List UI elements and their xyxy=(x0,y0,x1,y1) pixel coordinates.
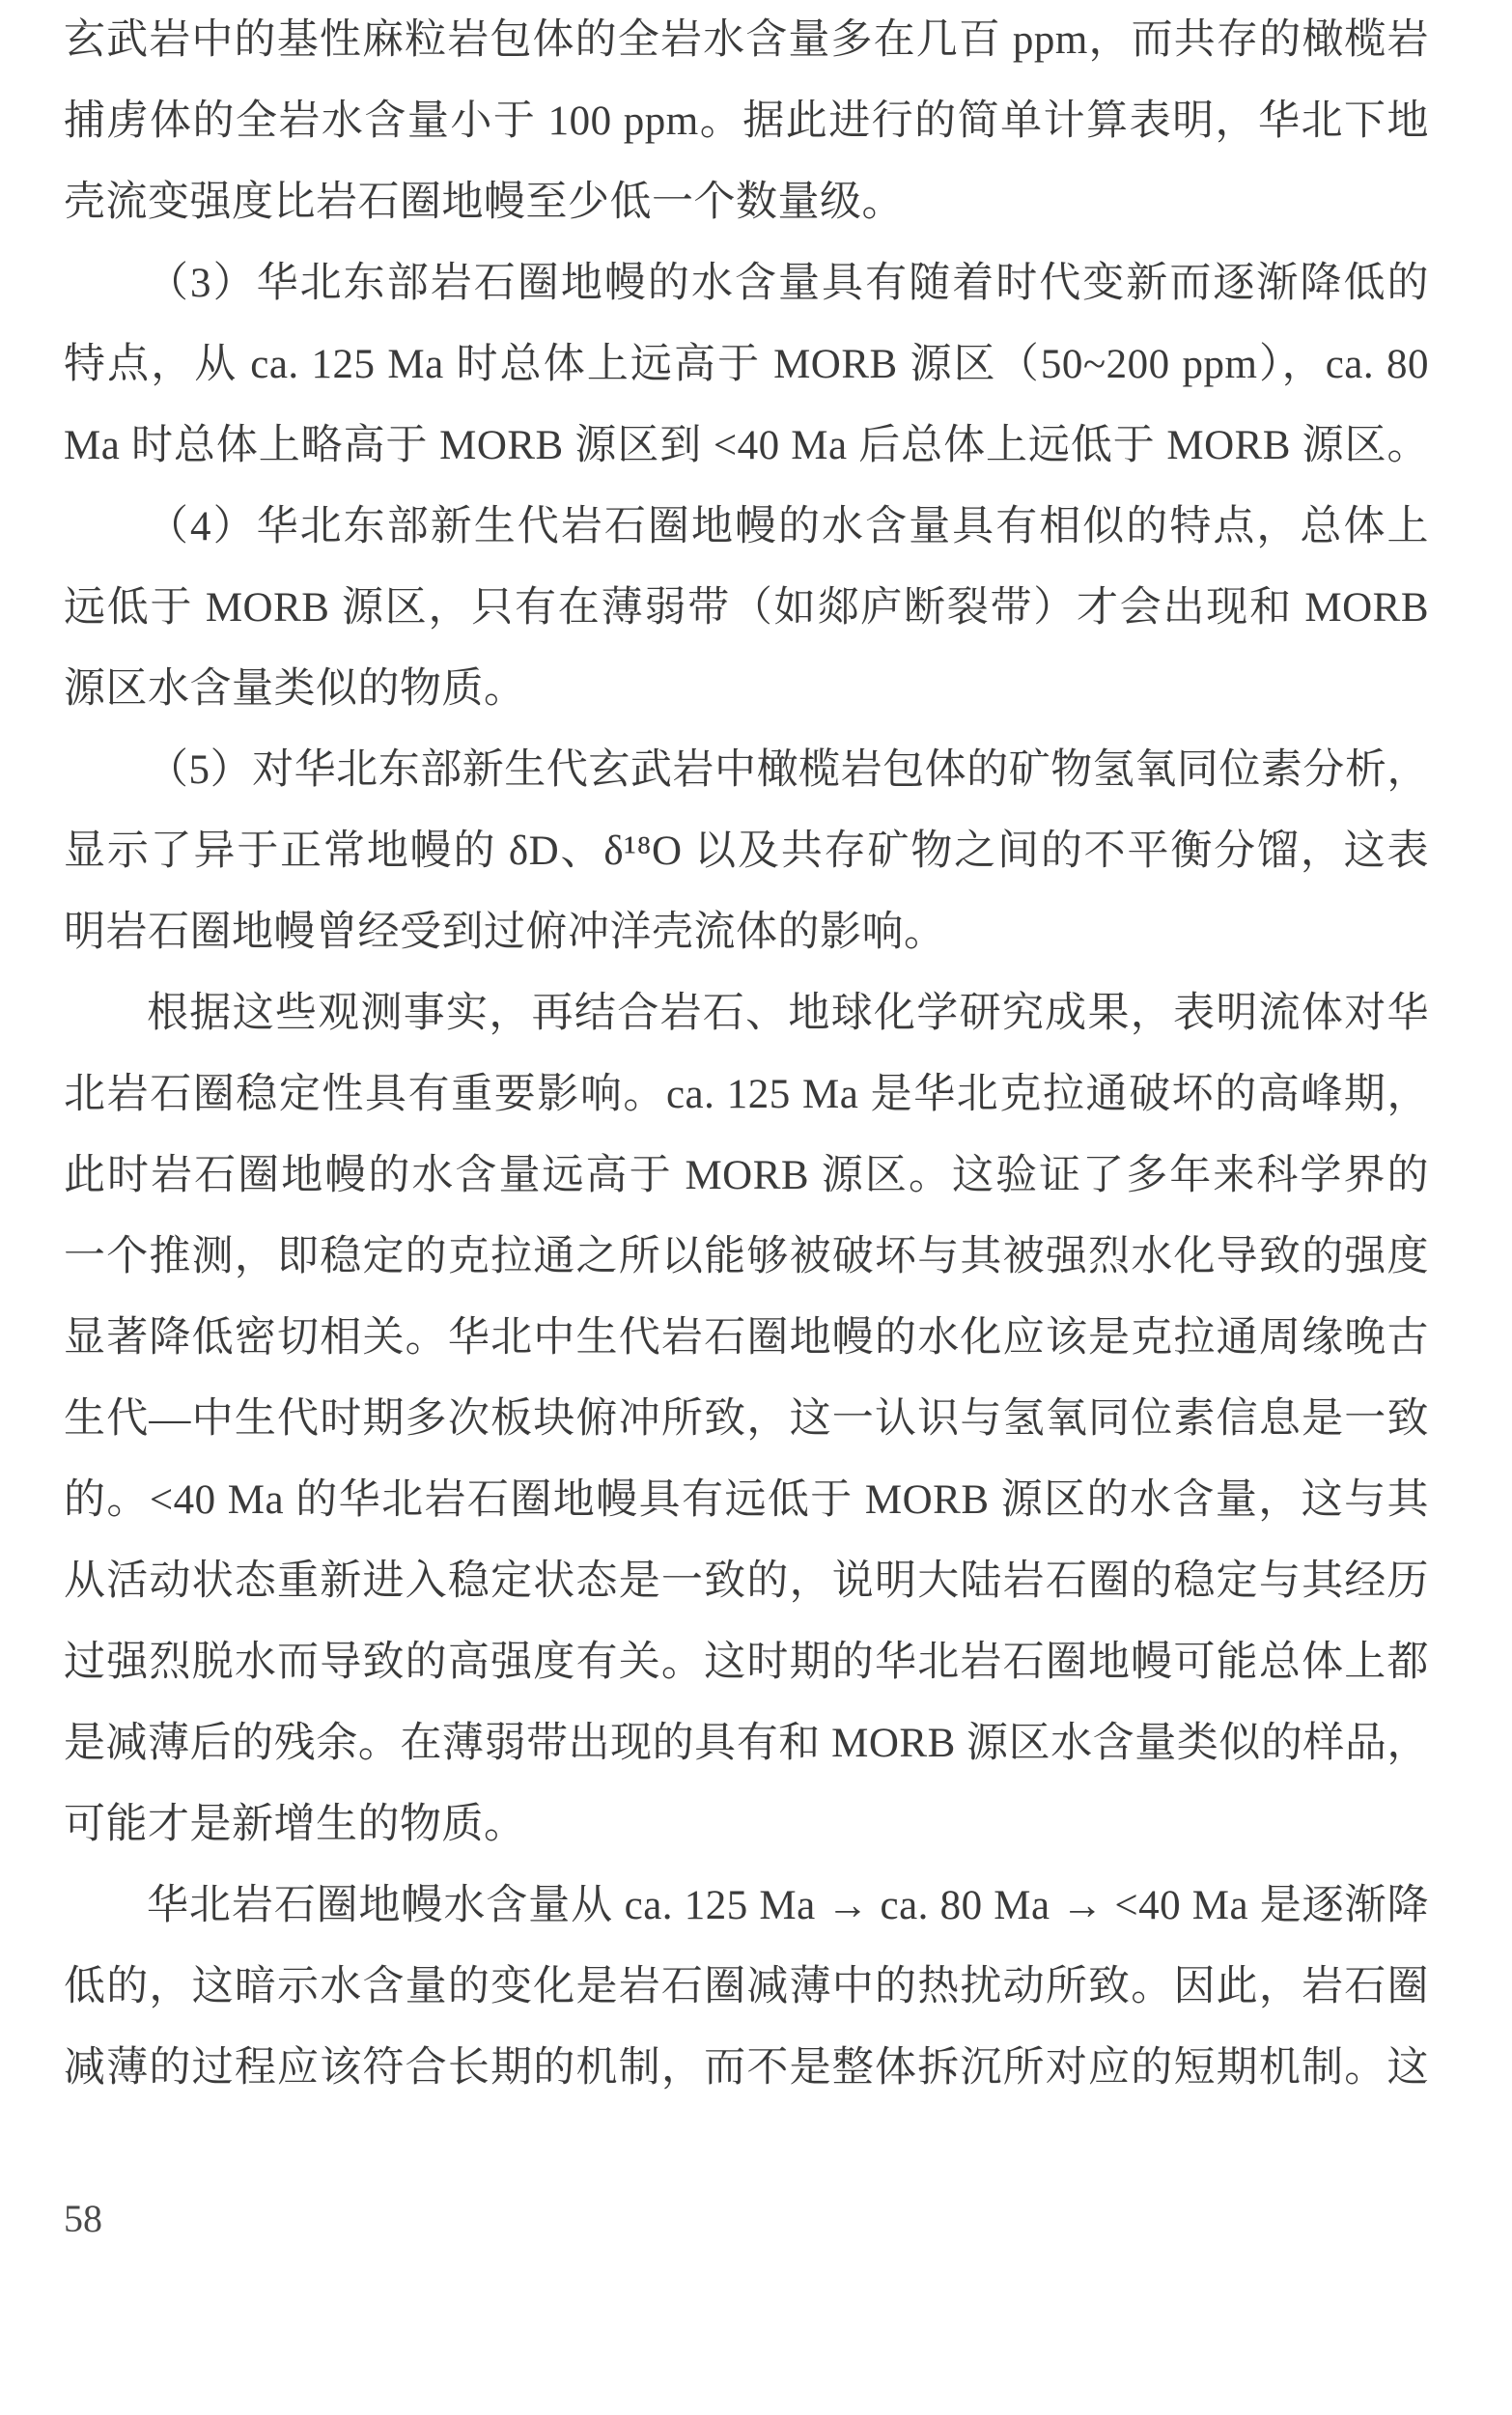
text-line: 明岩石圈地幔曾经受到过俯冲洋壳流体的影响。 xyxy=(64,892,1429,973)
text-line: 减薄的过程应该符合长期的机制，而不是整体拆沉所对应的短期机制。这 xyxy=(64,2028,1429,2109)
text-line: 的。<40 Ma 的华北岩石圈地幔具有远低于 MORB 源区的水含量，这与其 xyxy=(64,1460,1429,1541)
text-line: 显示了异于正常地幔的 δD、δ¹⁸O 以及共存矿物之间的不平衡分馏，这表 xyxy=(64,811,1429,892)
text-line: 一个推测，即稳定的克拉通之所以能够被破坏与其被强烈水化导致的强度 xyxy=(64,1217,1429,1298)
paragraph: （3）华北东部岩石圈地幔的水含量具有随着时代变新而逐渐降低的 特点，从 ca. … xyxy=(64,243,1429,487)
text-line: 过强烈脱水而导致的高强度有关。这时期的华北岩石圈地幔可能总体上都 xyxy=(64,1622,1429,1703)
text-line: （3）华北东部岩石圈地幔的水含量具有随着时代变新而逐渐降低的 xyxy=(64,243,1429,324)
text-line: 特点，从 ca. 125 Ma 时总体上远高于 MORB 源区（50~200 p… xyxy=(64,324,1429,406)
text-line: Ma 时总体上略高于 MORB 源区到 <40 Ma 后总体上远低于 MORB … xyxy=(64,406,1429,487)
text-line: （5）对华北东部新生代玄武岩中橄榄岩包体的矿物氢氧同位素分析， xyxy=(64,730,1429,811)
text-line: 玄武岩中的基性麻粒岩包体的全岩水含量多在几百 ppm，而共存的橄榄岩 xyxy=(64,0,1429,81)
paragraph: （4）华北东部新生代岩石圈地幔的水含量具有相似的特点，总体上 远低于 MORB … xyxy=(64,487,1429,730)
text-line: 北岩石圈稳定性具有重要影响。ca. 125 Ma 是华北克拉通破坏的高峰期， xyxy=(64,1054,1429,1136)
text-line: 壳流变强度比岩石圈地幔至少低一个数量级。 xyxy=(64,162,1429,243)
text-line: 显著降低密切相关。华北中生代岩石圈地幔的水化应该是克拉通周缘晚古 xyxy=(64,1298,1429,1379)
text-line: 可能才是新增生的物质。 xyxy=(64,1784,1429,1866)
paragraph: 玄武岩中的基性麻粒岩包体的全岩水含量多在几百 ppm，而共存的橄榄岩 捕虏体的全… xyxy=(64,0,1429,243)
paragraph: 根据这些观测事实，再结合岩石、地球化学研究成果，表明流体对华 北岩石圈稳定性具有… xyxy=(64,973,1429,1866)
document-body: 玄武岩中的基性麻粒岩包体的全岩水含量多在几百 ppm，而共存的橄榄岩 捕虏体的全… xyxy=(64,0,1429,2109)
text-line: （4）华北东部新生代岩石圈地幔的水含量具有相似的特点，总体上 xyxy=(64,487,1429,568)
text-line: 远低于 MORB 源区，只有在薄弱带（如郯庐断裂带）才会出现和 MORB xyxy=(64,568,1429,649)
text-line: 低的，这暗示水含量的变化是岩石圈减薄中的热扰动所致。因此，岩石圈 xyxy=(64,1947,1429,2028)
text-line: 从活动状态重新进入稳定状态是一致的，说明大陆岩石圈的稳定与其经历 xyxy=(64,1541,1429,1622)
paragraph: 华北岩石圈地幔水含量从 ca. 125 Ma → ca. 80 Ma → <40… xyxy=(64,1866,1429,2109)
text-line: 源区水含量类似的物质。 xyxy=(64,649,1429,730)
page: { "document": { "page_number": "58", "pa… xyxy=(0,0,1512,2415)
text-line: 生代—中生代时期多次板块俯冲所致，这一认识与氢氧同位素信息是一致 xyxy=(64,1379,1429,1460)
text-line: 根据这些观测事实，再结合岩石、地球化学研究成果，表明流体对华 xyxy=(64,973,1429,1054)
text-line: 此时岩石圈地幔的水含量远高于 MORB 源区。这验证了多年来科学界的 xyxy=(64,1136,1429,1217)
text-line: 捕虏体的全岩水含量小于 100 ppm。据此进行的简单计算表明，华北下地 xyxy=(64,81,1429,162)
paragraph: （5）对华北东部新生代玄武岩中橄榄岩包体的矿物氢氧同位素分析， 显示了异于正常地… xyxy=(64,730,1429,973)
text-line: 华北岩石圈地幔水含量从 ca. 125 Ma → ca. 80 Ma → <40… xyxy=(64,1866,1429,1947)
text-line: 是减薄后的残余。在薄弱带出现的具有和 MORB 源区水含量类似的样品， xyxy=(64,1703,1429,1784)
page-number: 58 xyxy=(64,2190,102,2248)
